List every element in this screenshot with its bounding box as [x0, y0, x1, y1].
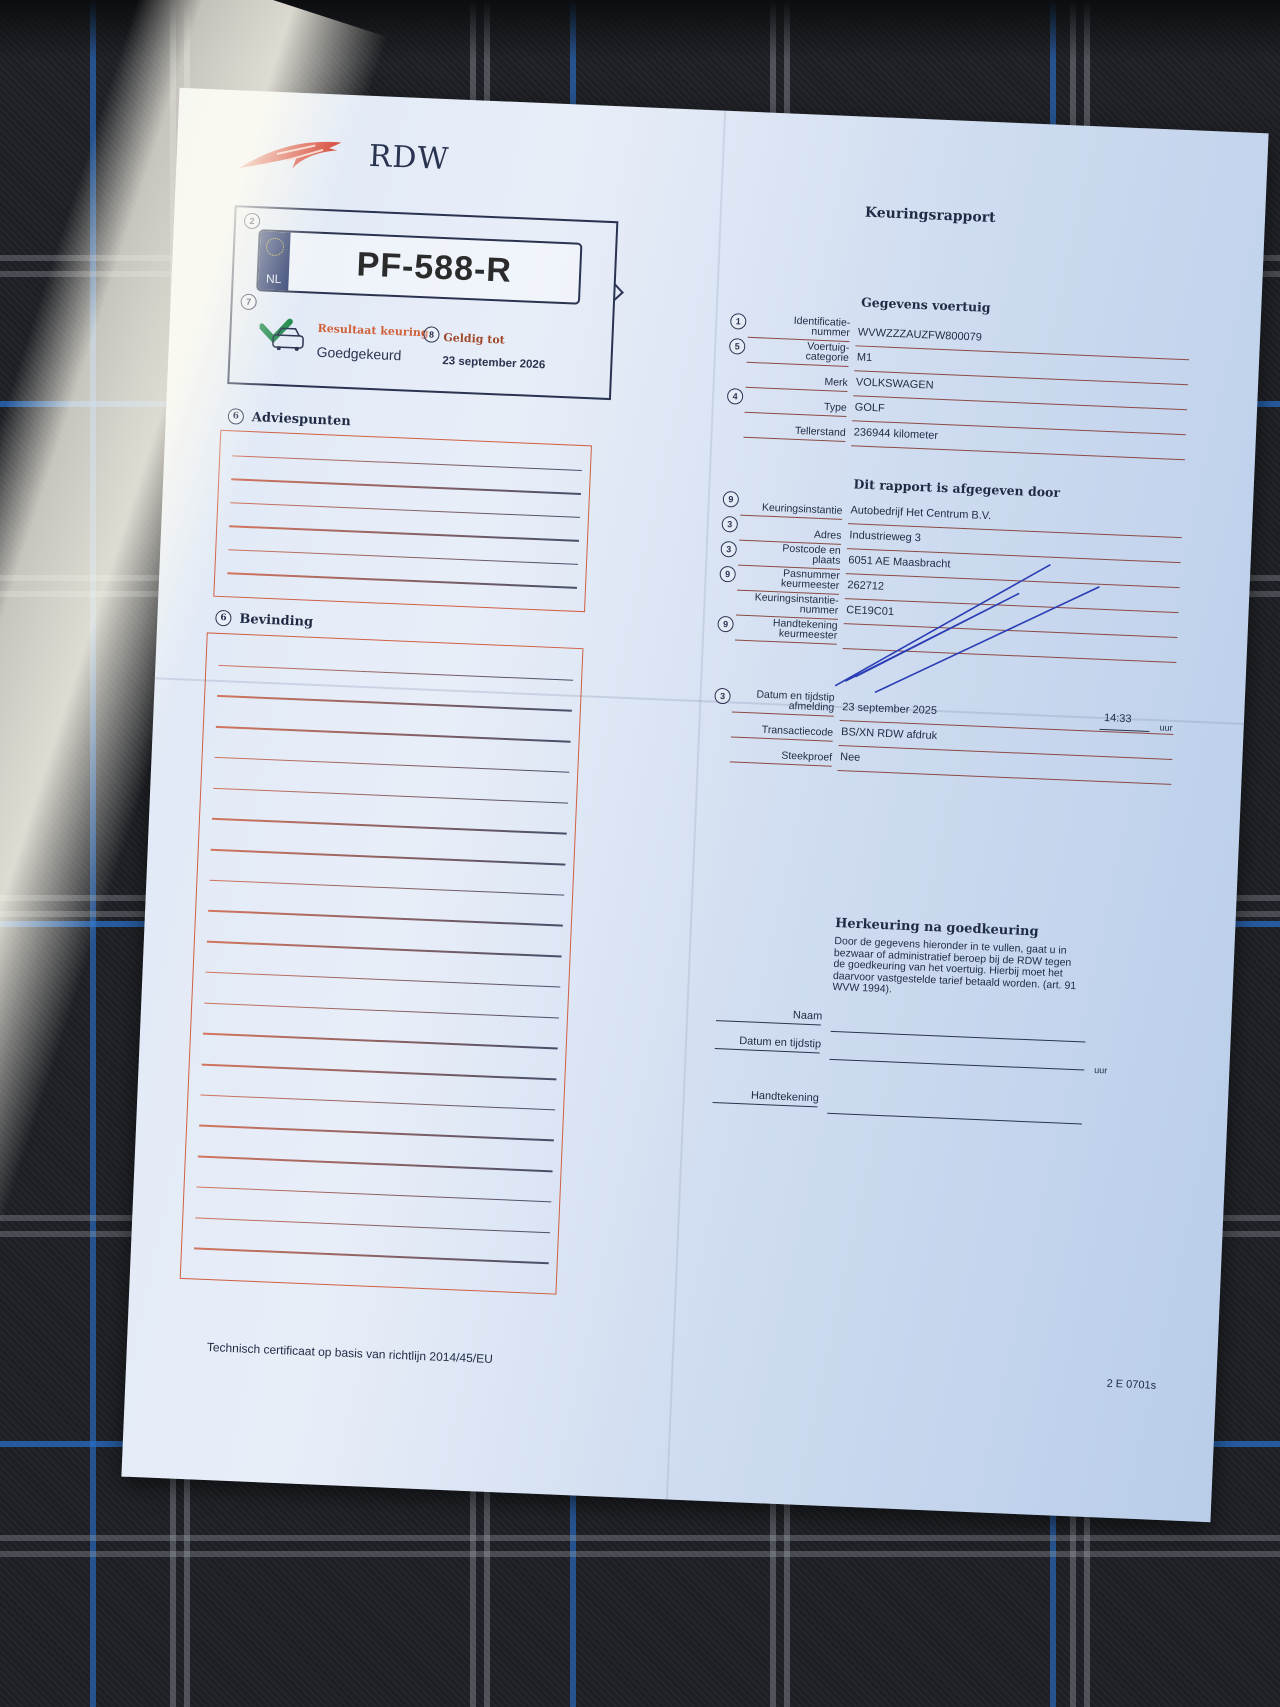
- field-label: Datum en tijdstipafmelding: [756, 689, 835, 712]
- field-label: Pasnummerkeurmeester: [781, 568, 840, 590]
- ruled-line: [198, 1156, 553, 1172]
- marker-findings: 6: [215, 610, 232, 627]
- logo-text: RDW: [368, 138, 450, 176]
- field-value[interactable]: M1: [857, 351, 873, 364]
- ruled-line: [204, 1002, 559, 1018]
- eu-band: NL: [258, 231, 290, 290]
- value-underline: [838, 769, 1172, 784]
- appeal-field-label: Handtekening: [751, 1090, 819, 1105]
- field-marker: 4: [727, 388, 744, 405]
- field-value[interactable]: CE19C01: [846, 604, 894, 618]
- paper-fold-vertical: [666, 111, 726, 1500]
- field-label: Identificatie-nummer: [793, 316, 850, 338]
- ruled-line: [228, 549, 578, 565]
- footer-certificate-text: Technisch certificaat op basis van richt…: [207, 1340, 493, 1366]
- plate-number: PF-588-R: [288, 233, 580, 303]
- field-value[interactable]: VOLKSWAGEN: [856, 376, 934, 391]
- advice-heading-text: Adviespunten: [252, 410, 352, 429]
- field-marker: 1: [730, 313, 747, 330]
- ruled-line: [208, 910, 563, 926]
- field-label: Voertuig-categorie: [805, 341, 849, 363]
- ruled-line: [212, 818, 567, 834]
- ruled-line: [231, 478, 581, 494]
- field-marker: 9: [717, 616, 734, 633]
- time-unit: uur: [1094, 1065, 1107, 1076]
- ruled-line: [203, 1033, 558, 1049]
- advice-heading: 6 Adviespunten: [228, 408, 352, 429]
- plate-country: NL: [266, 272, 282, 287]
- ruled-line: [194, 1248, 549, 1264]
- ruled-line: [199, 1125, 554, 1141]
- field-value[interactable]: GOLF: [855, 401, 885, 414]
- ruled-line: [202, 1064, 557, 1080]
- appeal-row[interactable]: Handtekening: [703, 1083, 1084, 1119]
- field-value[interactable]: Nee: [840, 751, 861, 764]
- ruled-line: [218, 665, 573, 681]
- field-marker: 9: [719, 566, 736, 583]
- field-value[interactable]: 23 september 2025: [842, 701, 937, 717]
- field-marker: 9: [723, 491, 740, 508]
- field-value[interactable]: BS/XN RDW afdruk: [841, 726, 937, 742]
- field-label: Transactiecode: [762, 725, 834, 738]
- eu-stars-icon: [266, 238, 285, 257]
- ruled-line: [213, 787, 568, 803]
- ruled-line: [195, 1217, 550, 1233]
- ruled-line: [200, 1094, 555, 1110]
- field-marker: 3: [721, 516, 738, 533]
- field-value[interactable]: 6051 AE Maasbracht: [848, 554, 951, 570]
- rdw-logo: RDW: [236, 130, 450, 179]
- ruled-line: [230, 502, 580, 518]
- marker-advice: 6: [228, 408, 245, 425]
- appeal-field-input-line[interactable]: [829, 1058, 1084, 1070]
- field-label: Handtekeningkeurmeester: [772, 618, 838, 641]
- inspection-report-sheet: RDW Keuringsrapport 2 NL PF-588-R 7 Resu…: [121, 88, 1268, 1522]
- report-title: Keuringsrapport: [865, 205, 996, 226]
- ruled-line: [211, 849, 566, 865]
- field-label: Tellerstand: [795, 426, 846, 438]
- value-underline: [843, 648, 1177, 663]
- valid-until-label: Geldig tot: [443, 331, 505, 347]
- ruled-line: [229, 526, 579, 542]
- rdw-wing-icon: [236, 130, 348, 175]
- field-marker: 3: [714, 688, 731, 705]
- field-label: Adres: [814, 530, 842, 541]
- field-label: Keuringsinstantie: [762, 503, 843, 516]
- car-seat-background: [0, 0, 1280, 60]
- value-underline: [851, 445, 1185, 460]
- field-label: Merk: [824, 377, 848, 388]
- field-value[interactable]: Industrieweg 3: [849, 529, 921, 544]
- field-value[interactable]: 262712: [847, 579, 884, 593]
- field-time[interactable]: 14:33: [1104, 712, 1132, 725]
- field-marker: 5: [729, 338, 746, 355]
- ruled-line: [197, 1186, 552, 1202]
- ruled-line: [227, 573, 577, 589]
- vehicle-heading: Gegevens voertuig: [861, 295, 991, 315]
- approved-car-icon: [259, 316, 308, 352]
- ruled-line: [206, 971, 561, 987]
- findings-heading: 6 Bevinding: [215, 610, 313, 630]
- ruled-line: [215, 757, 570, 773]
- appeal-field-label: Naam: [793, 1009, 823, 1022]
- appeal-field-input-line[interactable]: [827, 1112, 1082, 1124]
- field-label: Keuringsinstantie-nummer: [754, 592, 839, 616]
- ruled-line: [216, 726, 571, 742]
- ruled-line: [232, 455, 582, 471]
- field-marker: 3: [720, 541, 737, 558]
- findings-heading-text: Bevinding: [239, 611, 313, 629]
- field-value[interactable]: WVWZZZAUZFW800079: [858, 326, 982, 343]
- field-label: Postcode enplaats: [782, 543, 841, 565]
- field-value[interactable]: 236944 kilometer: [853, 426, 938, 442]
- advice-box[interactable]: [213, 430, 592, 612]
- ruled-line: [217, 695, 572, 711]
- field-label: Type: [824, 402, 847, 413]
- field-label: Steekproef: [781, 751, 832, 763]
- findings-box[interactable]: [180, 632, 584, 1294]
- ruled-line: [209, 879, 564, 895]
- footer-form-code: 2 E 0701s: [1106, 1378, 1156, 1392]
- ruled-line: [207, 941, 562, 957]
- appeal-text: Door de gegevens hieronder in te vullen,…: [832, 936, 1084, 1004]
